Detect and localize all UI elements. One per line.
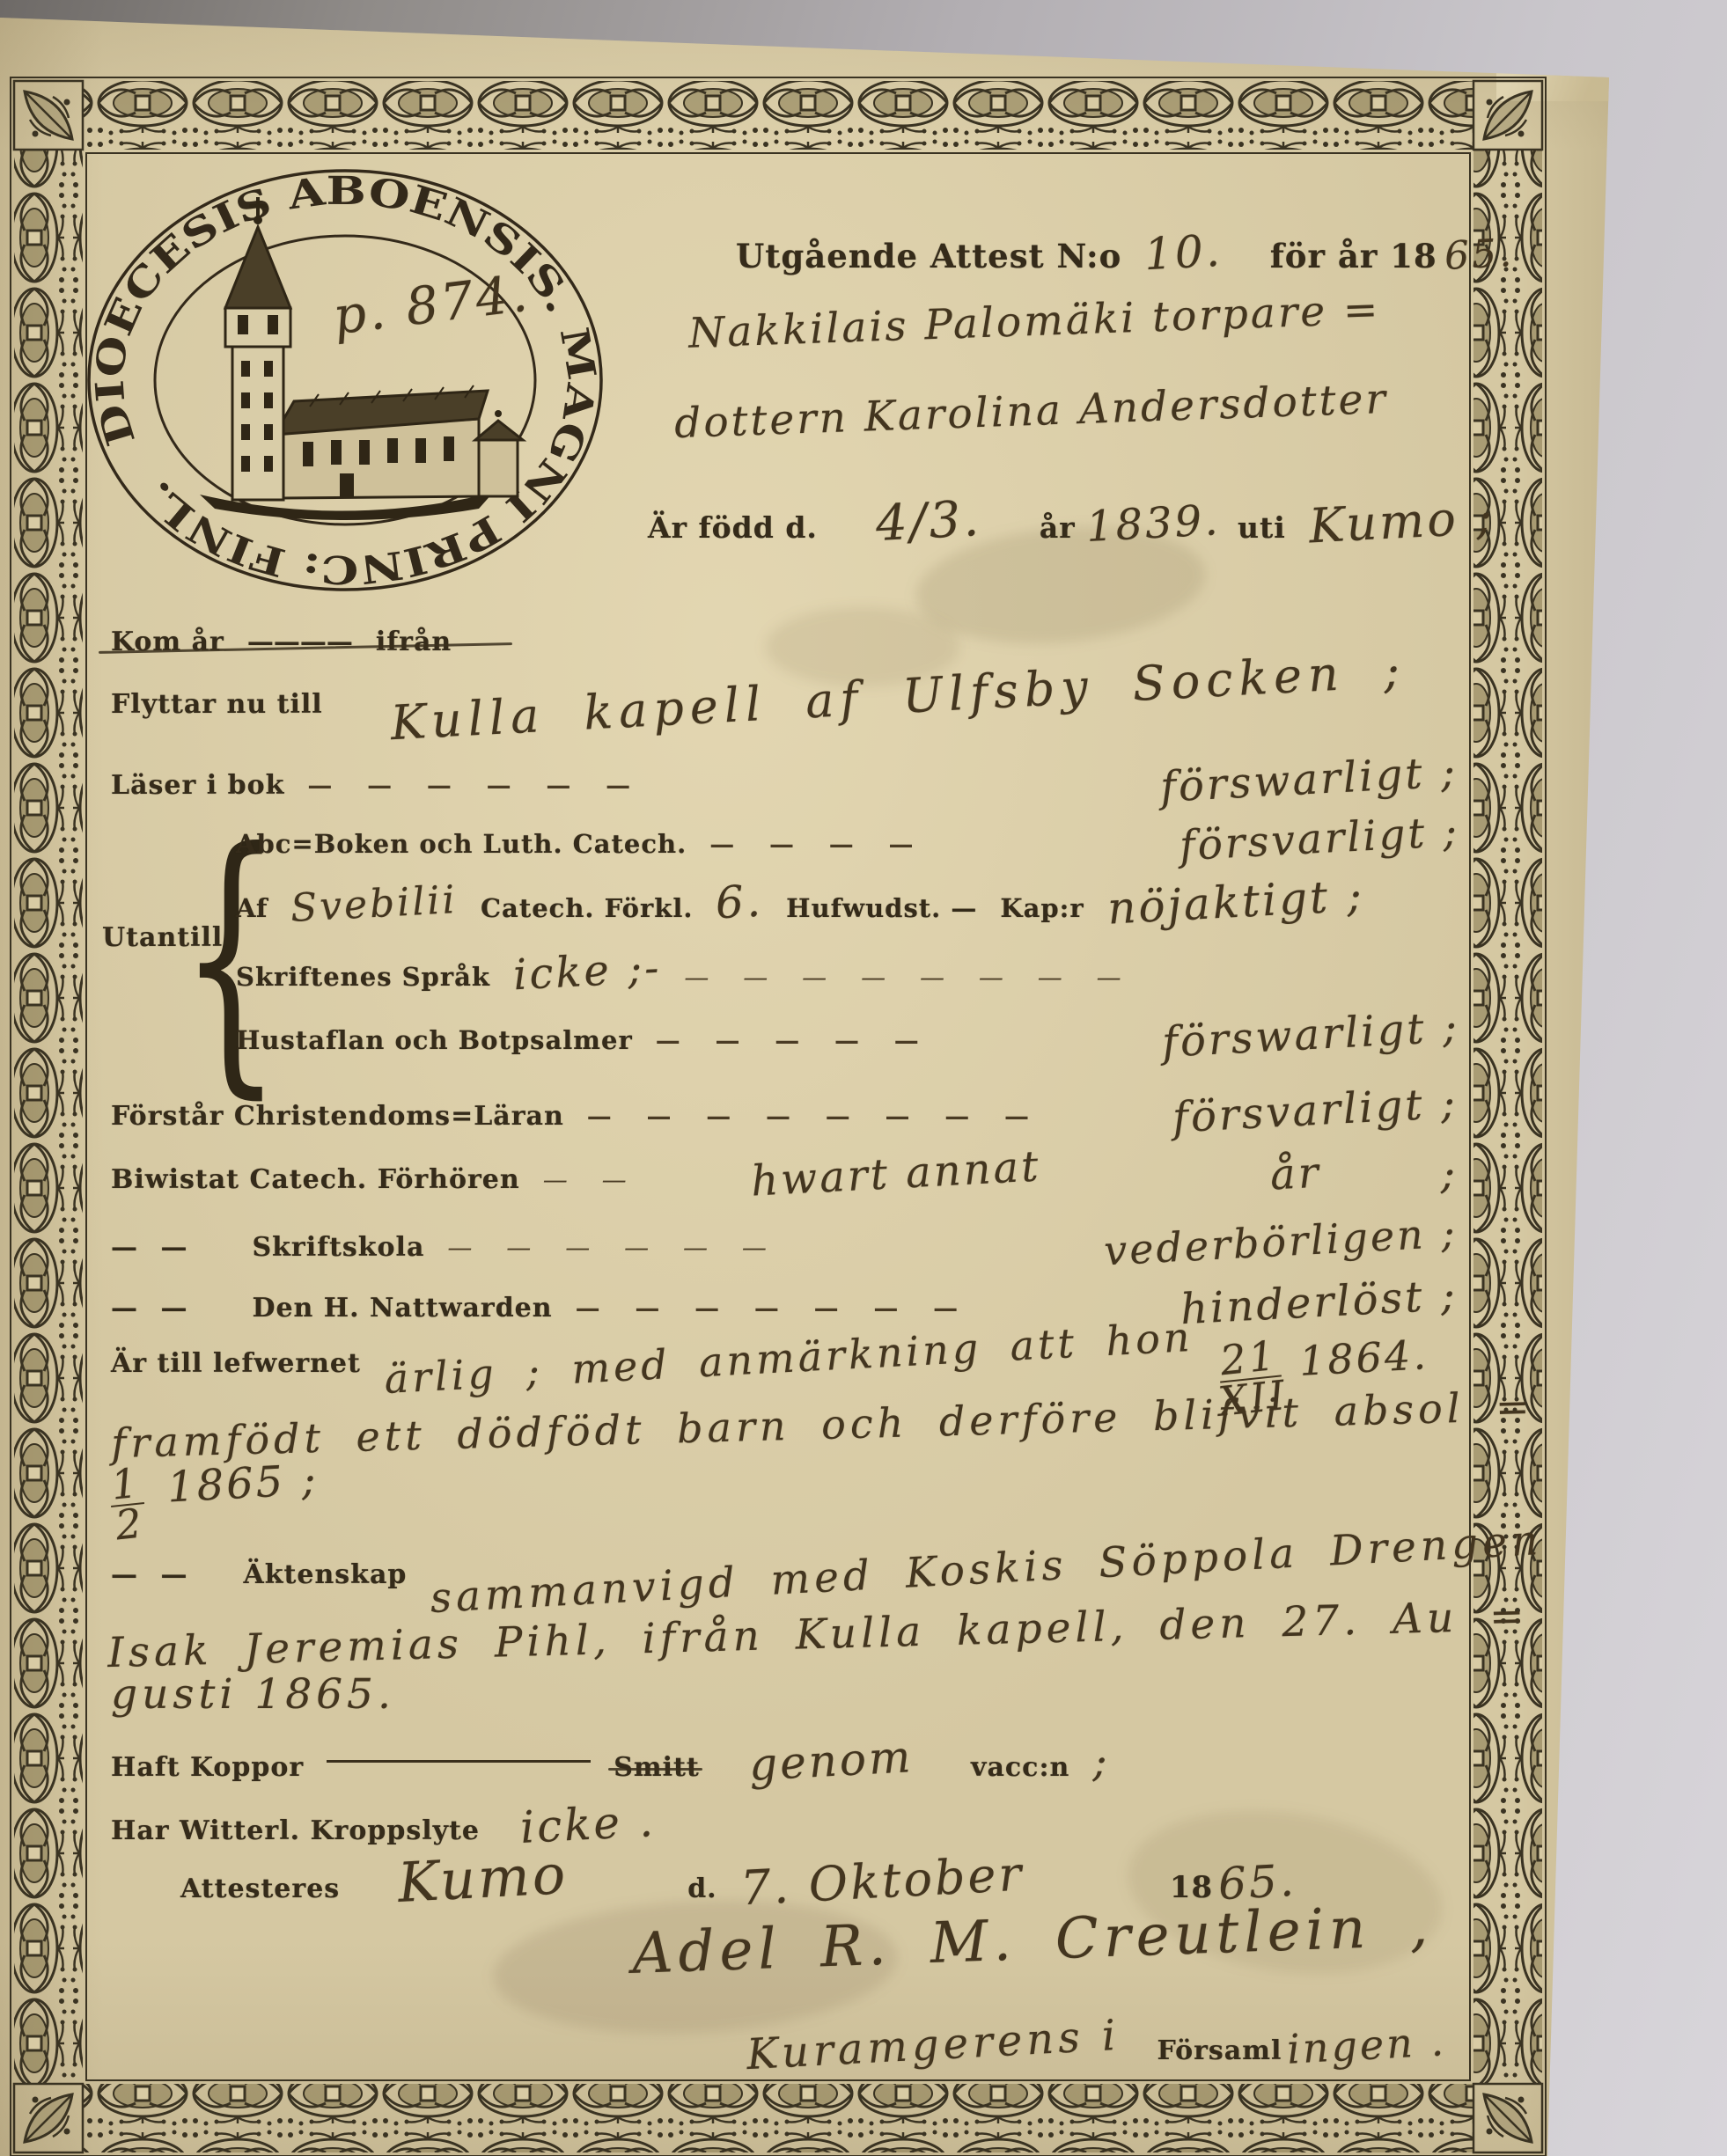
born-place-value: Kumo ;	[1307, 489, 1496, 554]
fill-dashes: — — — — —	[656, 1026, 1139, 1055]
absolution-date-fraction: 1 2	[107, 1463, 148, 1545]
attest-year-printed: 18	[1170, 1870, 1213, 1905]
biwistat-value-ar: år	[1269, 1148, 1322, 1200]
attest-label: Utgående Attest N:o	[736, 237, 1121, 275]
svg-text:DIOECESIS ABOENSIS. MAGNI PRIN: DIOECESIS ABOENSIS. MAGNI PRINC: FINL.	[87, 169, 604, 591]
hufwudst-label: Hufwudst. —	[786, 893, 977, 923]
vacc-label: vacc:n	[971, 1752, 1069, 1783]
smitt-label-struck: Smitt	[614, 1752, 700, 1783]
absolution-year: 1865 ;	[166, 1456, 320, 1513]
birth-row: Är född d. 4/3. år 1839. uti Kumo ;	[648, 493, 1495, 550]
kom-ar-row: Kom år ———— ifrån	[111, 627, 452, 657]
fill-dashes: — — — —	[709, 830, 1157, 859]
forstar-value: försvarligt ;	[1172, 1079, 1459, 1143]
born-place-label: uti	[1238, 510, 1286, 545]
biwistat-semicolon: ;	[1441, 1149, 1458, 1199]
born-date-value: 4/3.	[874, 490, 982, 553]
abc-value: försvarligt ;	[1179, 808, 1461, 871]
signature-title-hand: Kuramgerens i	[746, 2011, 1121, 2079]
signature-title-printed: Församl	[1157, 2035, 1282, 2066]
lefwernet-year: 1864.	[1298, 1331, 1429, 1385]
nattward-label: Den H. Nattwarden	[252, 1293, 552, 1324]
diocese-seal: DIOECESIS ABOENSIS. MAGNI PRINC: FINL.	[81, 160, 609, 600]
abc-label: Abc=Boken och Luth. Catech.	[236, 829, 687, 859]
skriftenes-value: icke ;-	[512, 943, 663, 1001]
skriftskola-row: — — Skriftskola — — — — — — vederbörlige…	[111, 1218, 1458, 1265]
hustaflan-label: Hustaflan och Botpsalmer	[236, 1025, 633, 1055]
attest-date-value: 7. Oktober	[739, 1846, 1025, 1917]
attest-year-label: för år 18	[1270, 237, 1437, 275]
lefwernet-label: Är till lefwernet	[111, 1348, 361, 1379]
af-label: Af	[236, 893, 268, 923]
aktenskap-prefix-dashes: — —	[111, 1559, 194, 1590]
laser-row: Läser i bok — — — — — — förswarligt ;	[111, 755, 1458, 804]
laser-value: förswarligt ;	[1159, 747, 1459, 812]
kroppslyte-label: Har Witterl. Kroppslyte	[111, 1815, 480, 1846]
nattward-value: hinderlöst ;	[1180, 1271, 1459, 1334]
born-label: Är född d.	[648, 510, 818, 545]
attesteres-label: Attesteres	[180, 1874, 340, 1904]
header-attest-row: Utgående Attest N:o 10. för år 18 65.	[736, 227, 1514, 278]
born-year-label: år	[1040, 510, 1076, 545]
utantill-row-svebilii: Af Svebilii Catech. Förkl. 6. Hufwudst. …	[236, 876, 1459, 928]
kroppslyte-row: Har Witterl. Kroppslyte icke .	[111, 1799, 656, 1850]
seal-ring-text: DIOECESIS ABOENSIS. MAGNI PRINC: FINL.	[87, 169, 604, 591]
fill-dashes: — — — — — —	[307, 771, 1137, 800]
signature-title-hand-2: ingen .	[1286, 2017, 1447, 2072]
fill-dashes: — — —	[543, 1165, 649, 1194]
nattward-prefix-dashes: — —	[111, 1293, 194, 1324]
skriftskola-prefix-dashes: — —	[111, 1232, 194, 1263]
rule-line	[327, 1760, 591, 1763]
signature-title-row: Kuramgerens i Församl ingen .	[746, 2020, 1446, 2070]
fill-dashes: — — — — — —	[447, 1233, 1081, 1262]
aktenskap-row: — — Äktenskap sammanvigd med Koskis Söpp…	[111, 1545, 1543, 1594]
utantill-row-hustaflan: Hustaflan och Botpsalmer — — — — — försw…	[236, 1010, 1459, 1060]
skriftskola-label: Skriftskola	[252, 1232, 424, 1263]
strike-line	[608, 1768, 702, 1771]
svebilii-grade-value: nöjaktigt ;	[1106, 869, 1364, 934]
fill-dashes: — — — — — — — —	[684, 963, 1459, 992]
vacc-semicolon: ;	[1092, 1737, 1109, 1786]
attest-number-value: 10.	[1143, 225, 1224, 281]
aktenskap-label: Äktenskap	[243, 1559, 407, 1590]
dated-label: d.	[687, 1874, 717, 1904]
fill-dashes: — — — — — — —	[576, 1294, 1158, 1323]
born-year-value: 1839.	[1084, 495, 1221, 552]
hufwudst-number: 6.	[715, 876, 765, 929]
fraction-denominator: 2	[114, 1504, 146, 1545]
nattward-row: — — Den H. Nattwarden — — — — — — — hind…	[111, 1278, 1458, 1327]
utantill-row-abc: Abc=Boken och Luth. Catech. — — — — förs…	[236, 815, 1459, 863]
svebilii-value: Svebilii	[290, 877, 459, 931]
aktenskap-line-3: gusti 1865.	[111, 1670, 395, 1719]
lefwernet-note-line-3: 1 2 1865 ;	[111, 1459, 319, 1544]
attest-year-value: 65.	[1443, 231, 1515, 279]
attest-place-value: Kumo	[396, 1842, 570, 1915]
attesteres-row: Attesteres Kumo d. 7. Oktober 18 65.	[180, 1846, 1297, 1910]
skriftenes-label: Skriftenes Språk	[236, 962, 490, 992]
ifran-label: ifrån	[376, 627, 452, 657]
flyttar-row: Flyttar nu till Kulla kapell af Ulfsby S…	[111, 669, 1406, 724]
flyttar-label: Flyttar nu till	[111, 689, 323, 720]
koppor-label: Haft Koppor	[111, 1752, 304, 1783]
kap-label: Kap:r	[1000, 893, 1084, 923]
photo-backdrop: DIOECESIS ABOENSIS. MAGNI PRINC: FINL.	[0, 0, 1727, 2156]
biwistat-label: Biwistat Catech. Förhören	[111, 1164, 520, 1195]
hustaflan-value: förswarligt ;	[1161, 1002, 1461, 1067]
biwistat-row: Biwistat Catech. Förhören — — — hwart an…	[111, 1149, 1458, 1199]
biwistat-value: hwart annat	[749, 1141, 1041, 1206]
forstar-row: Förstår Christendoms=Läran — — — — — — —…	[111, 1086, 1458, 1135]
skriftskola-value: vederbörligen ;	[1103, 1209, 1459, 1275]
catech-forkl-label: Catech. Förkl.	[481, 893, 693, 923]
fill-dashes: — — — — — — — —	[587, 1102, 1150, 1131]
forstar-label: Förstår Christendoms=Läran	[111, 1101, 564, 1132]
utantill-row-skriftenes: Skriftenes Språk icke ;- — — — — — — — —	[236, 947, 1459, 996]
koppor-genom-value: genom	[747, 1731, 914, 1791]
kom-ar-rule: ————	[247, 627, 353, 657]
paper-sheet: DIOECESIS ABOENSIS. MAGNI PRINC: FINL.	[0, 0, 1727, 2156]
koppor-row: Haft Koppor Smitt genom vacc:n ;	[111, 1735, 1110, 1786]
